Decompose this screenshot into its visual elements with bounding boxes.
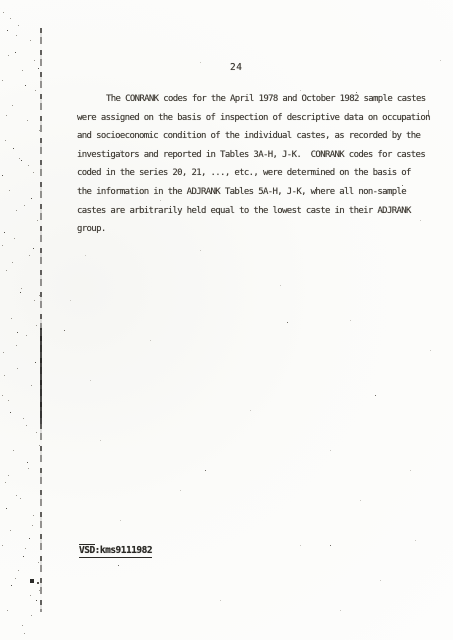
page-number: 24 — [230, 62, 242, 73]
paragraph-line: group. — [77, 220, 442, 239]
body-paragraph: The CONRANK codes for the April 1978 and… — [77, 90, 442, 239]
typist-reference-stamp: VSD:kms9111982 — [79, 545, 152, 558]
typist-stamp-prefix: VSD — [79, 544, 95, 556]
paragraph-line: coded in the series 20, 21, ..., etc., w… — [77, 164, 442, 183]
paragraph-line: and socioeconomic condition of the indiv… — [77, 127, 442, 146]
paragraph-line: The CONRANK codes for the April 1978 and… — [77, 90, 442, 109]
page-edge-scan-line-dark-segment — [40, 328, 42, 424]
scanned-document-page: 24 The CONRANK codes for the April 1978 … — [0, 0, 453, 640]
paragraph-line: castes are arbitrarily held equal to the… — [77, 202, 442, 221]
paragraph-line: were assigned on the basis of inspection… — [77, 109, 442, 128]
page-noise-dark — [0, 0, 1, 1]
ink-blot — [30, 579, 34, 583]
paragraph-line: investigators and reported in Tables 3A-… — [77, 146, 442, 165]
typist-stamp-suffix: :kms9111982 — [95, 545, 152, 556]
paragraph-line: the information in the ADJRANK Tables 5A… — [77, 183, 442, 202]
page-edge-scan-line — [40, 28, 42, 612]
